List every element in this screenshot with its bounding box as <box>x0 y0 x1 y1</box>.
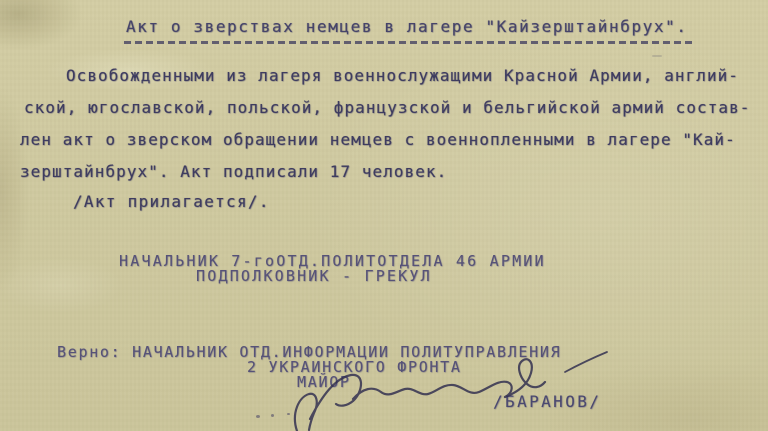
body-line: зерштайнбрух". Акт подписали 17 человек. <box>20 162 447 181</box>
ink-speck <box>256 415 260 418</box>
signature-flourish-stroke <box>565 352 607 372</box>
attachment-note: /Акт прилагается/. <box>73 192 270 211</box>
body-line: лен акт о зверском обращении немцев с во… <box>20 130 736 149</box>
body-line: Освобожденными из лагеря военнослужащими… <box>66 66 739 85</box>
title-dashed-underline <box>124 41 692 44</box>
ink-speck <box>287 413 290 415</box>
scanned-document-page: Акт о зверствах немцев в лагере "Кайзерш… <box>0 0 768 431</box>
ink-speck <box>271 414 274 417</box>
certification-line-3: МАЙОР <box>297 373 351 391</box>
certification-line-2: 2 УКРАИНСКОГО ФРОНТА <box>247 358 462 376</box>
signatory-rank-name-line: ПОДПОЛКОВНИК - ГРЕКУЛ <box>196 267 432 285</box>
ink-speck <box>652 55 662 57</box>
body-line: ской, югославской, польской, французской… <box>24 98 750 117</box>
document-title: Акт о зверствах немцев в лагере "Кайзерш… <box>126 17 688 36</box>
certifier-name: /БАРАНОВ/ <box>493 392 601 411</box>
